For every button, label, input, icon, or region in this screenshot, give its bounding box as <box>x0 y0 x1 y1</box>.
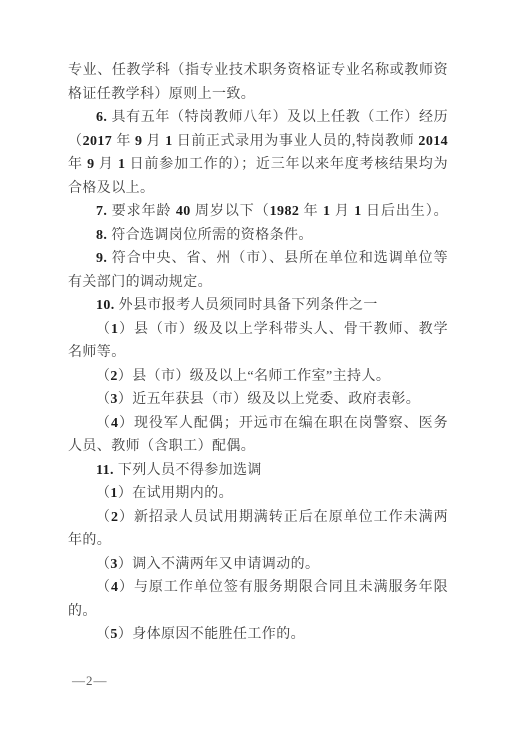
doc-line-22: （3）调入不满两年又申请调动的。 <box>68 553 448 577</box>
doc-line-19: （1）在试用期内的。 <box>68 482 448 506</box>
document-page: 专业、任教学科（指专业技术职务资格证专业名称或教师资 格证任教学科）原则上一致。… <box>0 0 517 731</box>
doc-line-13: 名师等。 <box>68 341 448 365</box>
doc-line-12: （1）县（市）级及以上学科带头人、骨干教师、教学 <box>68 318 448 342</box>
doc-line-23: （4）与原工作单位签有服务期限合同且未满服务年限 <box>68 576 448 600</box>
doc-line-20: （2）新招录人员试用期满转正后在原单位工作未满两 <box>68 506 448 530</box>
doc-line-24: 的。 <box>68 600 448 624</box>
doc-line-7: 7. 要求年龄 40 周岁以下（1982 年 1 月 1 日后出生）。 <box>68 200 448 224</box>
doc-line-6: 合格及以上。 <box>68 177 448 201</box>
document-body: 专业、任教学科（指专业技术职务资格证专业名称或教师资 格证任教学科）原则上一致。… <box>68 59 448 647</box>
doc-line-5: 年 9 月 1 日前参加工作的）；近三年以来年度考核结果均为 <box>68 153 448 177</box>
doc-line-10: 有关部门的调动规定。 <box>68 271 448 295</box>
doc-line-1: 专业、任教学科（指专业技术职务资格证专业名称或教师资 <box>68 59 448 83</box>
doc-line-21: 年的。 <box>68 529 448 553</box>
doc-line-8: 8. 符合选调岗位所需的资格条件。 <box>68 224 448 248</box>
doc-line-3: 6. 具有五年（特岗教师八年）及以上任教（工作）经历 <box>68 106 448 130</box>
doc-line-18: 11. 下列人员不得参加选调 <box>68 459 448 483</box>
doc-line-25: （5）身体原因不能胜任工作的。 <box>68 623 448 647</box>
doc-line-16: （4）现役军人配偶；开远市在编在职在岗警察、医务 <box>68 412 448 436</box>
doc-line-14: （2）县（市）级及以上“名师工作室”主持人。 <box>68 365 448 389</box>
doc-line-17: 人员、教师（含职工）配偶。 <box>68 435 448 459</box>
doc-line-15: （3）近五年获县（市）级及以上党委、政府表彰。 <box>68 388 448 412</box>
doc-line-9: 9. 符合中央、省、州（市）、县所在单位和选调单位等 <box>68 247 448 271</box>
doc-line-4: （2017 年 9 月 1 日前正式录用为事业人员的,特岗教师 2014 <box>68 130 448 154</box>
page-number: —2— <box>72 673 108 689</box>
doc-line-2: 格证任教学科）原则上一致。 <box>68 83 448 107</box>
doc-line-11: 10. 外县市报考人员须同时具备下列条件之一 <box>68 294 448 318</box>
